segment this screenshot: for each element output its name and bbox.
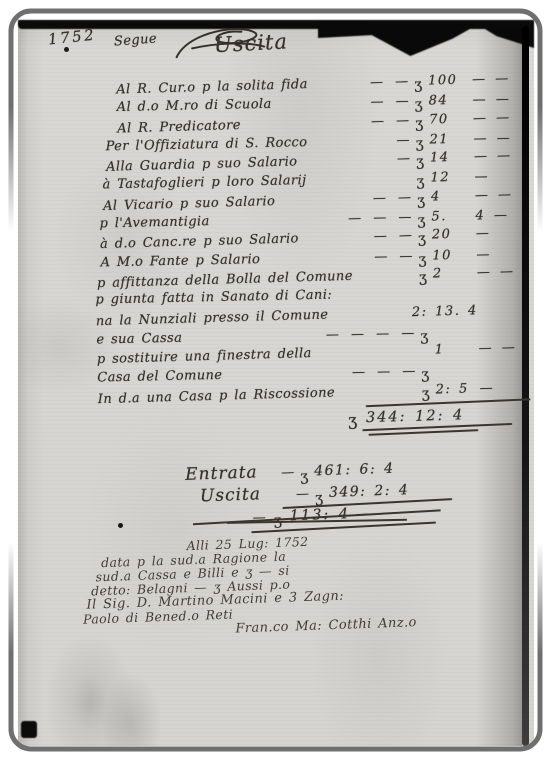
segue-label: Segue — [114, 32, 158, 50]
entry-amount: 2: 13. 4 — [412, 303, 478, 320]
leader-dashes — [335, 394, 422, 396]
entry-label: p l'Avemantigia — [99, 214, 209, 231]
entry-trail-dashes: — — [479, 379, 529, 395]
balance-amount: 113: 4 — [289, 506, 350, 524]
entry-trail-dashes: — — [474, 169, 524, 185]
entry-trail-dashes — [479, 373, 529, 374]
entry-amount — [434, 335, 478, 336]
entrata-amount: 461: 6: 4 — [314, 461, 395, 480]
entry-label: Al Vicario p suo Salario — [103, 194, 276, 214]
currency-glyph: ʒ — [419, 269, 433, 285]
entry-label: In d.a una Casa p la Riscossione — [98, 385, 336, 407]
entry-amount: 84 — [428, 93, 472, 109]
entry-amount: 70 — [429, 111, 473, 127]
entry-trail-dashes — [477, 295, 527, 296]
entry-label: à d.o Canc.re p suo Salario — [100, 232, 299, 253]
leader-dashes — [312, 354, 421, 357]
page-corner-fold — [318, 20, 486, 56]
entry-amount: 21 — [429, 131, 473, 147]
entry-trail-dashes: — — — [478, 340, 528, 356]
entry-amount: 5. — [431, 209, 475, 225]
entry-amount — [435, 374, 479, 375]
expense-list: Al R. Cur.o p la solita fida — — ʒ 100 —… — [90, 71, 530, 410]
leader-dashes: — — [297, 151, 416, 169]
entry-amount: 4 — [431, 188, 475, 204]
entry-amount — [433, 296, 477, 297]
entry-label: e sua Cassa — [96, 331, 182, 348]
pen-flourish — [171, 20, 269, 67]
entry-amount: 10 — [432, 247, 476, 263]
entry-label: A M.o Fante p Salario — [100, 252, 260, 270]
entrata-label: Entrata — [185, 462, 278, 485]
entry-trail-dashes: — — — [473, 109, 523, 125]
leader-dashes: — — — [299, 228, 419, 246]
entry-amount: 20 — [432, 227, 476, 243]
leader-dashes: — — — [308, 74, 415, 92]
entry-label: Per l'Offiziatura di S. Rocco — [106, 135, 308, 154]
ink-dot — [118, 523, 123, 528]
currency-glyph: ʒ — [348, 410, 367, 429]
entry-amount: 2 — [433, 265, 477, 281]
leader-dashes: — — — [275, 190, 417, 209]
currency-glyph: ʒ — [416, 154, 430, 170]
currency-glyph: ʒ — [300, 468, 315, 484]
expense-total: ʒ 344: 12: 4 — [348, 399, 534, 435]
balance-summary: Entrata — ʒ 461: 6: 4 Uscita — ʒ 349: 2:… — [185, 455, 467, 534]
entry-trail-dashes — [478, 312, 528, 313]
leader-dashes: — — — [272, 94, 415, 112]
manuscript-scan: 1752 Segue Uscita Al R. Cur.o p la solit… — [0, 0, 551, 760]
leader-dashes — [328, 316, 398, 318]
ink-dot — [64, 47, 69, 52]
leader-dashes: — — — — — [182, 326, 420, 346]
entry-trail-dashes: 4 — — [475, 208, 525, 224]
entry-amount: 100 — [428, 72, 472, 88]
entry-amount: 12 — [430, 170, 474, 186]
leader-dashes: — — — — [222, 364, 421, 383]
dash: — — [292, 486, 316, 502]
entry-label: Al R. Cur.o p la solita fida — [116, 77, 308, 98]
entry-trail-dashes — [478, 334, 528, 335]
entry-trail-dashes: — — — [474, 148, 524, 164]
leader-dashes: — — — [241, 113, 416, 133]
leader-dashes — [332, 297, 419, 299]
entry-trail-dashes: — — — [473, 130, 523, 146]
entry-label: à Tastafoglieri p loro Salarij — [102, 174, 306, 193]
currency-glyph: ʒ — [422, 385, 436, 401]
currency-glyph: ʒ — [417, 192, 431, 208]
entry-amount: 1 — [435, 341, 479, 357]
entry-trail-dashes: — — — [475, 187, 525, 203]
entry-amount: 2: 5 — [435, 381, 479, 397]
dash: — — [277, 465, 301, 481]
currency-glyph: ʒ — [418, 231, 432, 247]
closing-attestation: Alli 25 Lug: 1752 data p la sud.a Ragion… — [80, 529, 473, 642]
entry-label: Casa del Comune — [97, 368, 222, 386]
dash: — — [247, 510, 275, 526]
leader-dashes: — — — [260, 248, 418, 266]
ink-blot — [21, 721, 37, 738]
entry-trail-dashes: — — — [472, 92, 522, 108]
currency-glyph: ʒ — [274, 512, 291, 529]
leader-dashes — [353, 278, 419, 280]
leader-dashes — [307, 182, 417, 184]
entry-trail-dashes: — — — [477, 264, 527, 280]
manuscript-page: 1752 Segue Uscita Al R. Cur.o p la solit… — [18, 20, 534, 746]
uscita-amount: 349: 2: 4 — [329, 482, 410, 501]
leader-dashes: — — — — [210, 210, 418, 229]
entry-amount: 14 — [430, 149, 474, 165]
entry-trail-dashes: — — [476, 225, 526, 241]
entry-trail-dashes: — — [476, 246, 526, 262]
dash: — — [350, 506, 378, 522]
entry-trail-dashes: — — — [472, 71, 522, 87]
currency-glyph: ʒ — [415, 115, 429, 131]
currency-glyph: ʒ — [414, 77, 428, 93]
entry-label: Al R. Predicatore — [117, 118, 241, 137]
entry-label: p giunta fatta in Sanato di Cani: — [95, 288, 332, 308]
entry-label: Al d.o M.ro di Scuola — [117, 97, 272, 115]
leader-dashes: — — [307, 133, 416, 150]
uscita-label: Uscita — [186, 483, 293, 507]
total-amount: 344: 12: 4 — [366, 407, 465, 426]
